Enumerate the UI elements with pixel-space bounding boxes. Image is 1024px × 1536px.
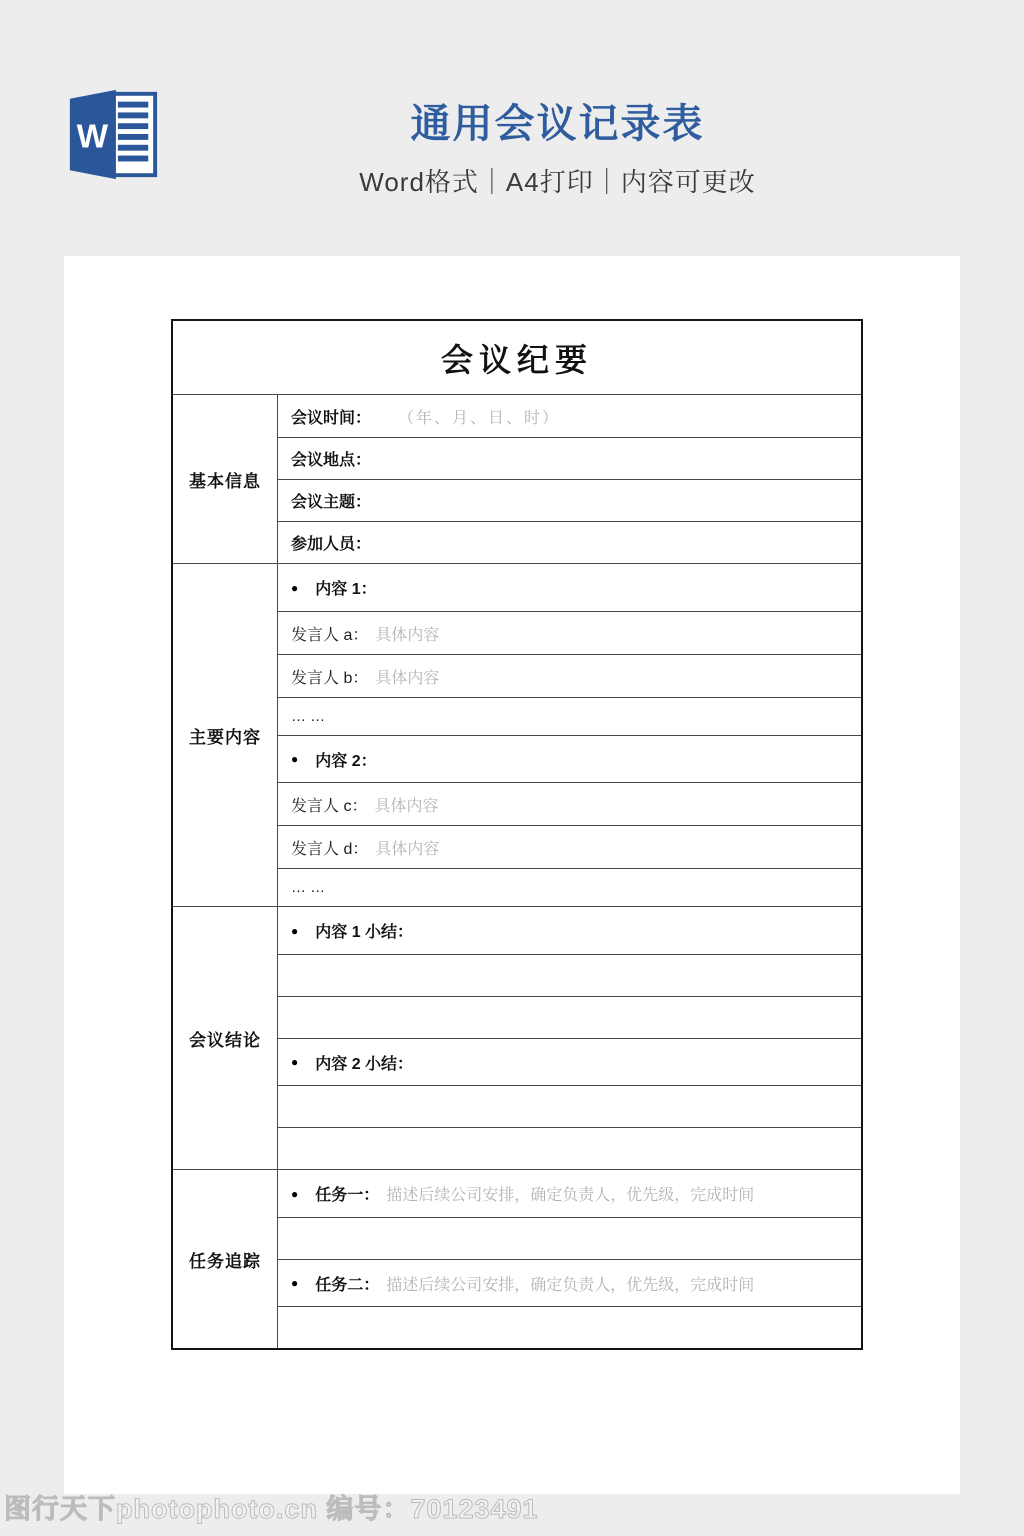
row-label: … … bbox=[291, 879, 325, 896]
table-section: 主要内容●内容 1：发言人 a：具体内容发言人 b：具体内容… …●内容 2：发… bbox=[173, 563, 861, 906]
bullet-icon: ● bbox=[291, 1188, 298, 1200]
row-label: 发言人 d： bbox=[291, 836, 368, 859]
table-row: 发言人 c：具体内容 bbox=[278, 782, 861, 825]
table-row bbox=[278, 1127, 861, 1169]
row-label: 内容 1 小结： bbox=[315, 919, 413, 942]
meeting-minutes-table: 会议纪要 基本信息会议时间：（年、月、日、时）会议地点：会议主题：参加人员：主要… bbox=[171, 319, 863, 1350]
table-row: 会议时间：（年、月、日、时） bbox=[278, 395, 861, 437]
row-label: 内容 2： bbox=[315, 748, 376, 771]
row-label: 会议主题： bbox=[291, 489, 371, 512]
table-row bbox=[278, 1085, 861, 1127]
row-label: 参加人员： bbox=[291, 531, 371, 554]
table-section: 会议结论●内容 1 小结：●内容 2 小结： bbox=[173, 906, 861, 1169]
row-placeholder: 具体内容 bbox=[375, 836, 439, 859]
table-section: 基本信息会议时间：（年、月、日、时）会议地点：会议主题：参加人员： bbox=[173, 394, 861, 563]
row-label: 内容 2 小结： bbox=[315, 1051, 413, 1074]
table-title: 会议纪要 bbox=[173, 321, 861, 394]
row-placeholder: 描述后续公司安排，确定负责人，优先级，完成时间 bbox=[386, 1272, 754, 1295]
section-label: 基本信息 bbox=[173, 395, 278, 563]
table-row: ●内容 2： bbox=[278, 735, 861, 782]
table-sections: 基本信息会议时间：（年、月、日、时）会议地点：会议主题：参加人员：主要内容●内容… bbox=[173, 394, 861, 1348]
bullet-icon: ● bbox=[291, 1277, 298, 1289]
section-label: 会议结论 bbox=[173, 907, 278, 1169]
document-sheet: 会议纪要 基本信息会议时间：（年、月、日、时）会议地点：会议主题：参加人员：主要… bbox=[64, 256, 960, 1494]
row-label: 会议地点： bbox=[291, 447, 371, 470]
table-row: 会议主题： bbox=[278, 479, 861, 521]
bullet-icon: ● bbox=[291, 753, 298, 765]
bullet-icon: ● bbox=[291, 582, 298, 594]
bullet-icon: ● bbox=[291, 925, 298, 937]
row-label: 会议时间： bbox=[291, 405, 371, 428]
table-row: ●内容 1 小结： bbox=[278, 907, 861, 954]
table-row: … … bbox=[278, 868, 861, 906]
section-label: 任务追踪 bbox=[173, 1170, 278, 1348]
row-label: 发言人 c： bbox=[291, 793, 367, 816]
table-row: ●内容 1： bbox=[278, 564, 861, 611]
table-row: ●任务一：描述后续公司安排，确定负责人，优先级，完成时间 bbox=[278, 1170, 861, 1217]
row-label: 任务一： bbox=[315, 1182, 379, 1205]
table-row: 会议地点： bbox=[278, 437, 861, 479]
header: 通用会议记录表 Word格式｜A4打印｜内容可更改 bbox=[170, 92, 945, 199]
table-row bbox=[278, 954, 861, 996]
section-label: 主要内容 bbox=[173, 564, 278, 906]
row-label: … … bbox=[291, 708, 325, 725]
table-row: 发言人 b：具体内容 bbox=[278, 654, 861, 697]
table-row: ●任务二：描述后续公司安排，确定负责人，优先级，完成时间 bbox=[278, 1259, 861, 1306]
row-placeholder: 具体内容 bbox=[375, 622, 439, 645]
table-row: … … bbox=[278, 697, 861, 735]
bullet-icon: ● bbox=[291, 1056, 298, 1068]
row-label: 内容 1： bbox=[315, 576, 376, 599]
row-label: 发言人 a： bbox=[291, 622, 368, 645]
table-row bbox=[278, 1306, 861, 1348]
row-placeholder: 描述后续公司安排，确定负责人，优先级，完成时间 bbox=[386, 1182, 754, 1205]
row-placeholder: 具体内容 bbox=[375, 665, 439, 688]
table-row bbox=[278, 1217, 861, 1259]
table-row: 发言人 d：具体内容 bbox=[278, 825, 861, 868]
word-logo-icon: W bbox=[63, 85, 161, 183]
watermark-text: 图行天下photophoto.cn 编号：70123491 bbox=[4, 1487, 539, 1526]
table-section: 任务追踪●任务一：描述后续公司安排，确定负责人，优先级，完成时间●任务二：描述后… bbox=[173, 1169, 861, 1348]
row-label: 发言人 b： bbox=[291, 665, 368, 688]
row-label: 任务二： bbox=[315, 1272, 379, 1295]
table-row: ●内容 2 小结： bbox=[278, 1038, 861, 1085]
page-title: 通用会议记录表 bbox=[170, 92, 945, 149]
table-row: 发言人 a：具体内容 bbox=[278, 611, 861, 654]
table-row: 参加人员： bbox=[278, 521, 861, 563]
page-subtitle: Word格式｜A4打印｜内容可更改 bbox=[170, 162, 945, 199]
row-placeholder: （年、月、日、时） bbox=[398, 405, 560, 428]
table-row bbox=[278, 996, 861, 1038]
row-placeholder: 具体内容 bbox=[374, 793, 438, 816]
svg-text:W: W bbox=[77, 119, 109, 156]
